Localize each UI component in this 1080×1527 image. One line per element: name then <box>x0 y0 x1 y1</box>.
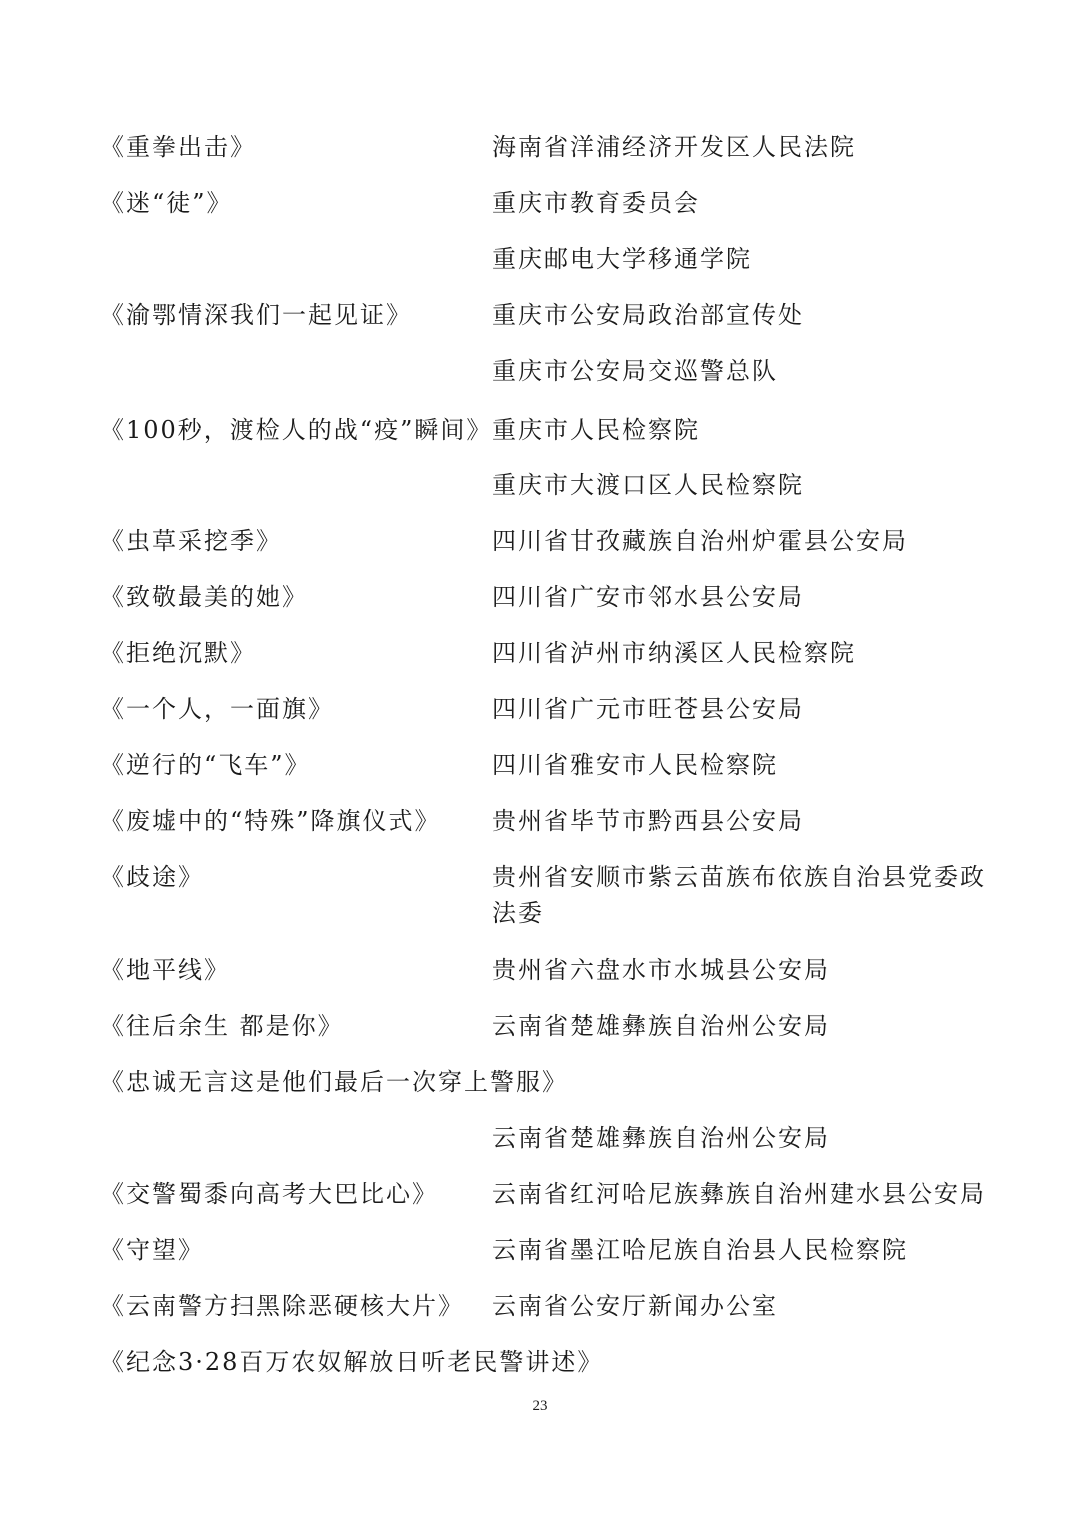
organization-name: 法委 <box>492 898 544 928</box>
work-title: 《地平线》 <box>100 955 230 985</box>
organization-name: 云南省公安厅新闻办公室 <box>492 1291 778 1321</box>
organization-name: 四川省雅安市人民检察院 <box>492 750 778 780</box>
work-title: 《往后余生 都是你》 <box>100 1011 344 1041</box>
organization-name: 四川省广元市旺苍县公安局 <box>492 694 804 724</box>
document-page: 《重拳出击》海南省洋浦经济开发区人民法院《迷“徒”》重庆市教育委员会重庆邮电大学… <box>0 0 1080 1527</box>
work-title: 《云南警方扫黑除恶硬核大片》 <box>100 1291 464 1321</box>
work-title: 《致敬最美的她》 <box>100 582 308 612</box>
organization-name: 重庆邮电大学移通学院 <box>492 244 752 274</box>
work-title: 《一个人，一面旗》 <box>100 694 334 724</box>
organization-name: 四川省广安市邻水县公安局 <box>492 582 804 612</box>
organization-name: 云南省楚雄彝族自治州公安局 <box>492 1123 830 1153</box>
work-title: 《交警蜀黍向高考大巴比心》 <box>100 1179 438 1209</box>
work-title: 《迷“徒”》 <box>100 188 233 218</box>
organization-name: 贵州省六盘水市水城县公安局 <box>492 955 830 985</box>
page-number: 23 <box>0 1398 1080 1415</box>
work-title: 《歧途》 <box>100 862 204 892</box>
work-title: 《废墟中的“特殊”降旗仪式》 <box>100 806 441 836</box>
organization-name: 重庆市公安局交巡警总队 <box>492 356 778 386</box>
organization-name: 四川省泸州市纳溪区人民检察院 <box>492 638 856 668</box>
organization-name: 云南省墨江哈尼族自治县人民检察院 <box>492 1235 908 1265</box>
organization-name: 云南省红河哈尼族彝族自治州建水县公安局 <box>492 1179 986 1209</box>
work-title: 《虫草采挖季》 <box>100 526 282 556</box>
work-title: 《拒绝沉默》 <box>100 638 256 668</box>
work-title: 《100秒，渡检人的战“疫”瞬间》 <box>100 415 492 445</box>
work-title: 《守望》 <box>100 1235 204 1265</box>
organization-name: 四川省甘孜藏族自治州炉霍县公安局 <box>492 526 908 556</box>
organization-name: 海南省洋浦经济开发区人民法院 <box>492 132 856 162</box>
work-title: 《重拳出击》 <box>100 132 256 162</box>
work-title: 《渝鄂情深我们一起见证》 <box>100 300 412 330</box>
work-title: 《纪念3·28百万农奴解放日听老民警讲述》 <box>100 1347 603 1377</box>
organization-name: 贵州省安顺市紫云苗族布依族自治县党委政 <box>492 862 986 892</box>
organization-name: 重庆市教育委员会 <box>492 188 700 218</box>
organization-name: 贵州省毕节市黔西县公安局 <box>492 806 804 836</box>
organization-name: 云南省楚雄彝族自治州公安局 <box>492 1011 830 1041</box>
work-title: 《逆行的“飞车”》 <box>100 750 311 780</box>
work-title: 《忠诚无言这是他们最后一次穿上警服》 <box>100 1067 568 1097</box>
organization-name: 重庆市大渡口区人民检察院 <box>492 470 804 500</box>
organization-name: 重庆市人民检察院 <box>492 415 700 445</box>
organization-name: 重庆市公安局政治部宣传处 <box>492 300 804 330</box>
